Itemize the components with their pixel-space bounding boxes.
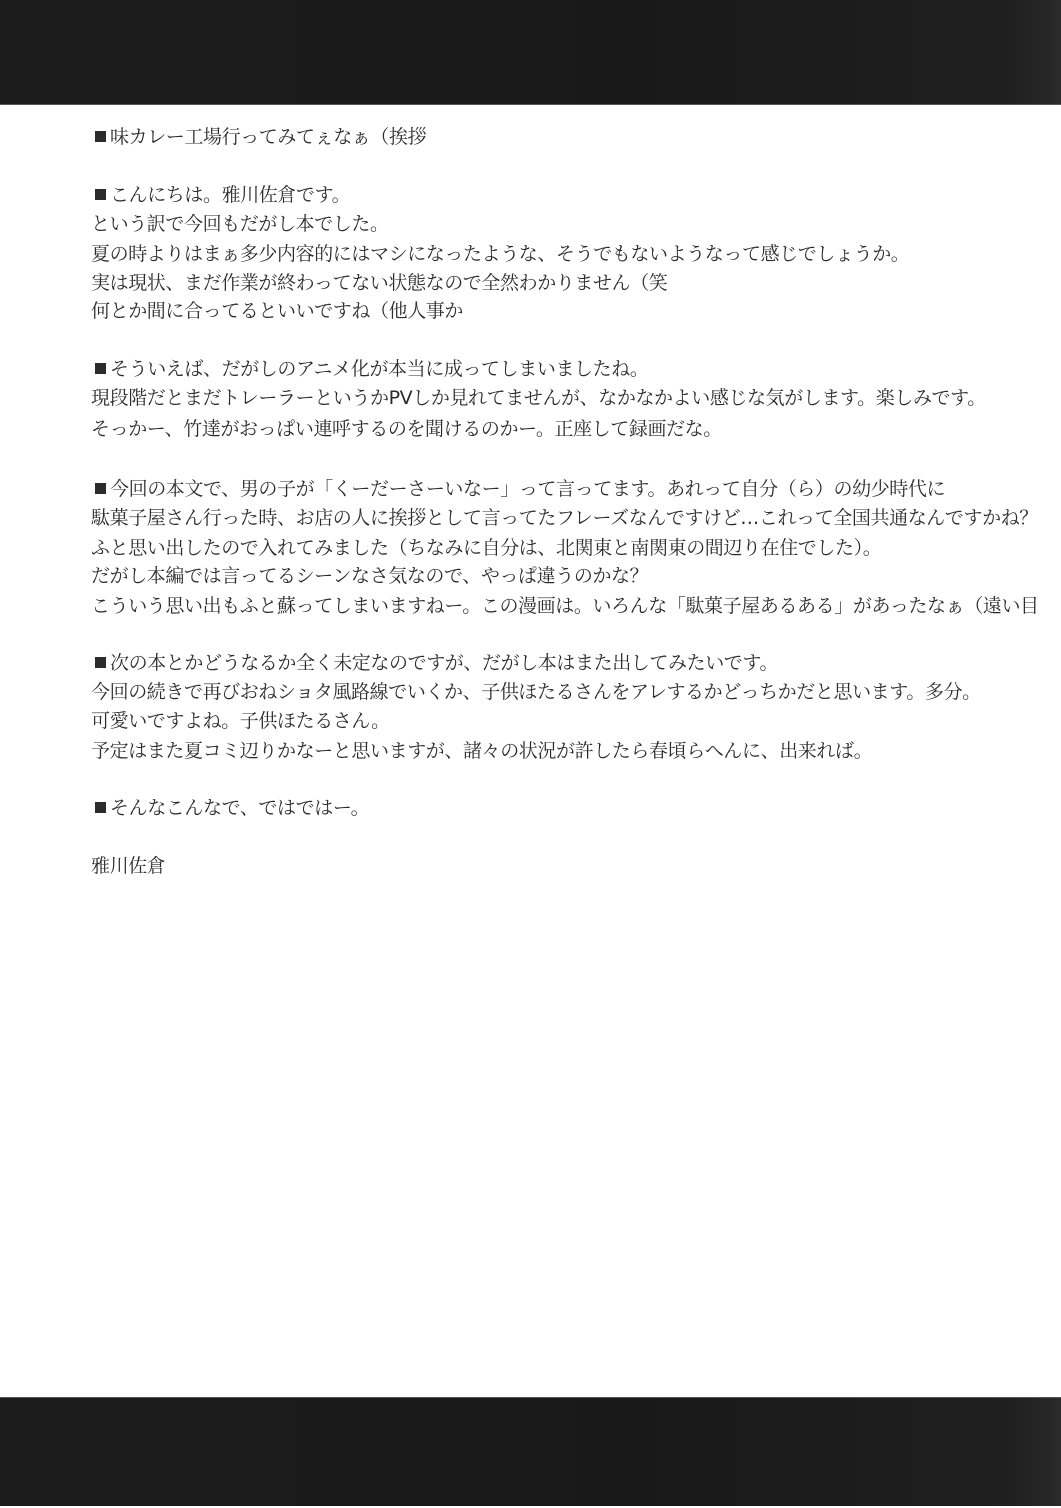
text-line: 味カレー工場行ってみてぇなぁ（挨拶	[91, 125, 426, 149]
text-line: だがし本編では言ってるシーンなさ気なので、やっぱ違うのかな？	[91, 564, 648, 588]
text-line: 何とか間に合ってるといいですね（他人事か	[91, 299, 463, 323]
text-line: という訳で今回もだがし本でした。	[91, 212, 389, 236]
text-line: そっかー、竹達がおっぱい連呼するのを聞けるのかー。正座して録画だな。	[91, 417, 722, 441]
text-line: 可愛いですよね。子供ほたるさん。	[91, 709, 390, 733]
author-signature: 雅川佐倉	[91, 854, 165, 878]
text-line: 今回の続きで再びおねショタ風路線でいくか、子供ほたるさんをアレするかどっちかだと…	[91, 680, 981, 704]
text-line: ふと思い出したので入れてみました（ちなみに自分は、北関東と南関東の間辺り在住でし…	[91, 536, 881, 560]
text-line: 今回の本文で、男の子が「くーだーさーいなー」って言ってます。あれって自分（ら）の…	[91, 477, 945, 501]
text-line: そんなこんなで、ではではー。	[91, 796, 369, 820]
top-black-bar	[0, 0, 1061, 105]
square-bullet-icon	[95, 363, 106, 374]
text-line: 次の本とかどうなるか全く未定なのですが、だがし本はまた出してみたいです。	[91, 651, 778, 675]
text-line: こんにちは。雅川佐倉です。	[91, 183, 350, 207]
bottom-black-bar	[0, 1397, 1061, 1506]
text-line: こういう思い出もふと蘇ってしまいますねー。この漫画は。いろんな「駄菓子屋あるある…	[91, 594, 1039, 618]
square-bullet-icon	[95, 483, 106, 494]
text-line: 駄菓子屋さん行った時、お店の人に挨拶として言ってたフレーズなんですけど…これって…	[91, 506, 1038, 530]
text-line: 実は現状、まだ作業が終わってない状態なので全然わかりません（笑	[91, 271, 667, 295]
square-bullet-icon	[95, 189, 106, 200]
text-line: 現段階だとまだトレーラーというかPVしか見れてませんが、なかなかよい感じな気がし…	[91, 386, 986, 410]
text-line: 夏の時よりはまぁ多少内容的にはマシになったような、そうでもないようなって感じでし…	[91, 242, 909, 266]
text-line: そういえば、だがしのアニメ化が本当に成ってしまいましたね。	[91, 357, 648, 381]
square-bullet-icon	[95, 802, 106, 813]
square-bullet-icon	[95, 657, 106, 668]
square-bullet-icon	[95, 131, 106, 142]
text-line: 予定はまた夏コミ辺りかなーと思いますが、諸々の状況が許したら春頃らへんに、出来れ…	[91, 739, 872, 763]
